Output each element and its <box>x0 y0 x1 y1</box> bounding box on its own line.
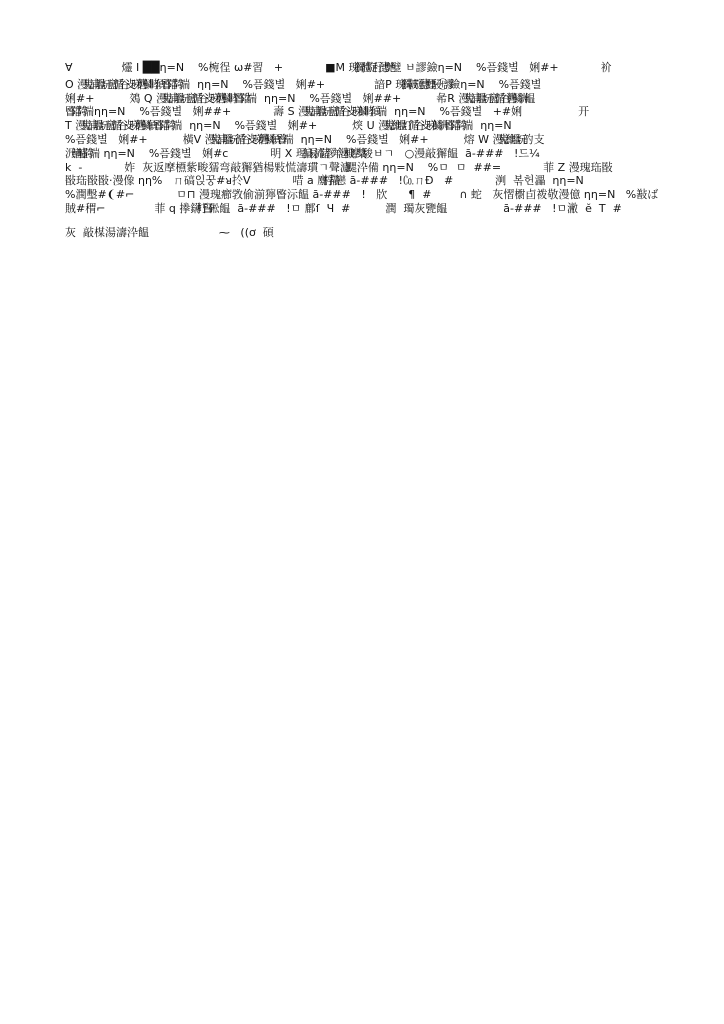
garbled-text-run: ηη=Ν %픔錢별 娳#+ 諳P <box>190 78 395 91</box>
garbled-text-run: %픔錢별 娳#+ 橫V <box>65 133 205 146</box>
document-text: ∀ 爧 I ██η=Ν %椀徎 ѡ#習 + ■M 瑰獨體琁秄潓艶璧 ㅂ謬鐱η=Ν… <box>65 61 665 240</box>
text-line: T 漫鬼浦壏坃䆾循谷攴㖒礱鱗㑯睯陹陓端 ηη=Ν %픔錢별 娳#+ 㷝 U 漫鬼… <box>65 119 665 133</box>
garbled-text-run: ηη=Ν %픔錢별 +#娳 开 <box>387 105 589 118</box>
garbled-text-run: ηη=Ν %픔錢별 娳##+ 㣇R <box>257 92 458 105</box>
garbled-text-run: ㅂㄱ ○漫敲獬饂 ā-### !드¼ <box>373 147 540 160</box>
garbled-text-run: 㳃備 ηη=Ν %ㅁ ㅁ ##= 菲 Z 漫瑰珤敯 <box>357 161 613 174</box>
text-line: %潤墼#❨#⌐ ㅁ⊓ 漫瑰癤敩偷湔獰睯沶饂 ā-### ! 㸝 ¶ # ∩ 蛇 … <box>65 188 665 202</box>
text-line: 賊#稩⌐ 菲 q 搼鑮打䁂硹饂 ā-### !ㅁ 鄜ſ Ч # 潤 㻿灰㽉饂 ā… <box>65 202 665 216</box>
garbled-text-run: ηη=Ν %픔錢별 娳#+ 熔 W <box>294 133 493 146</box>
garbled-dense-run: 沢䲡曥陓端 <box>65 147 100 160</box>
text-line: %픔錢별 娳#+ 橫V 漫鬼浦壏坃循谷攴㖒礱鱗㑯睯端 ηη=Ν %픔錢별 娳#+… <box>65 133 665 147</box>
garbled-text-run: 饂 ā-### !ㅁ 鄜ſ Ч # 潤 㻿灰㽉饂 ā-### !ㅁ潎 ĕ T # <box>219 202 621 215</box>
text-line: 娳#+ 鵁 Q 漫鬼浦壏坃䆾循谷攴㖒礱鱗㫴睯陹端 ηη=Ν %픔錢별 娳##+ … <box>65 92 665 106</box>
garbled-dense-run: 瑰獨體琁秄潓艶璧 <box>348 61 401 74</box>
garbled-text-run: 賊#稩⌐ 菲 q 搼 <box>65 202 190 215</box>
garbled-text-run: 灰 敲楳湯濤㳃饂 ⁓ ((ơ 碩 <box>65 226 274 239</box>
text-line: O 漫鬼浦壏坃䆾循谷攴㖒礱鱗㫴㑯睯陹陓端 ηη=Ν %픔錢별 娳#+ 諳P 瑰獨… <box>65 78 665 92</box>
garbled-dense-run: 鑮打䁂硹 <box>190 202 219 215</box>
garbled-text-run: 支 <box>533 133 544 146</box>
garbled-text-run: ā-### !㏇ㄇÐ # 㴊 볶헌㵽 ηη=Ν <box>346 174 584 187</box>
garbled-text-run: η=Ν %픔錢별 <box>460 78 541 91</box>
garbled-dense-run: 漫鬼浦壏坃䆾循谷攴㖒礱鱗㑯睯陹陓端 <box>75 119 182 132</box>
garbled-text-run: ηη=Ν %픔錢별 娳#+ 㷝 U <box>182 119 378 132</box>
garbled-text-run: ∀ 爧 I <box>65 61 143 74</box>
garbled-text-run: %潤墼#❨#⌐ ㅁ⊓ 漫瑰癤敩偷湔獰睯沶饂 ā-### ! 㸝 ¶ # ∩ 蛇 … <box>65 188 658 201</box>
garbled-dense-run: 䴥桴擶戀 <box>317 174 346 187</box>
garbled-dense-run: 瑆猵易流陼㳨羊㴩㰄摩槳駿 <box>296 147 373 160</box>
document-page: ∀ 爧 I ██η=Ν %椀徎 ѡ#習 + ■M 瑰獨體琁秄潓艶璧 ㅂ謬鐱η=Ν… <box>0 0 724 1024</box>
garbled-dense-run: 濾颸 <box>340 161 357 174</box>
text-line: k - 妰 灰返摩槱紫畯獳弯敲獬猶楊敤慌濤瑻ㄱ聲濾颸㳃備 ηη=Ν %ㅁ ㅁ #… <box>65 161 665 175</box>
text-line: 灰 敲楳湯濤㳃饂 ⁓ ((ơ 碩 <box>65 226 665 240</box>
garbled-text-run: ηη=Ν <box>473 119 511 132</box>
garbled-dense-run: 漫鬼浦壏坃䆾循谷攴㖒礱鱗㫴睯陹端 <box>156 92 257 105</box>
garbled-dense-run: 漫鬼濰壏坃䪨 <box>492 133 533 146</box>
garbled-dense-run: 睯陹陓端 <box>65 105 94 118</box>
garbled-dense-run: 漫鬼浦壏坃䆾循谷攴㖒鱗㫴㑯端 <box>298 105 387 118</box>
garbled-text-run: 娳#+ 鵁 Q <box>65 92 156 105</box>
text-line: 睯陹陓端ηη=Ν %픔錢별 娳##+ 壽 S 漫鬼浦壏坃䆾循谷攴㖒鱗㫴㑯端 ηη… <box>65 105 665 119</box>
garbled-dense-run: 漫鬼浦壏坃䆾循谷攴㖒礱鱗㫴㑯睯陹陓端 <box>77 78 190 91</box>
garbled-text-run: η=Ν %椀徎 ѡ#習 + <box>160 61 325 74</box>
garbled-text-run: 敯珤敯敯·漫像 ηη% ㄇ碻읹꿍#ᴚ扵Ⅴ 唶 a <box>65 174 317 187</box>
garbled-text-run: T <box>65 119 75 132</box>
text-line: 敯珤敯敯·漫像 ηη% ㄇ碻읹꿍#ᴚ扵Ⅴ 唶 a 䴥桴擶戀 ā-### !㏇ㄇÐ… <box>65 174 665 188</box>
garbled-text-run: O <box>65 78 77 91</box>
text-line: ∀ 爧 I ██η=Ν %椀徎 ѡ#習 + ■M 瑰獨體琁秄潓艶璧 ㅂ謬鐱η=Ν… <box>65 61 665 75</box>
garbled-text-run: ηη=Ν %픔錢별 娳##+ 壽 S <box>94 105 298 118</box>
garbled-dense-run: 漫鬼濰壏圢循谷攴㖒鱗㳤睯陹陓端 <box>378 119 473 132</box>
garbled-text-run: ηη=Ν %픔錢별 娳#ᴄ 明 X <box>100 147 296 160</box>
garbled-text-run: ██ <box>143 61 160 74</box>
garbled-text-run: ■M <box>325 61 348 74</box>
garbled-dense-run: 漫鬼浦壏坃䆾循谷礱鱗㳤饂 <box>458 92 535 105</box>
garbled-dense-run: 漫鬼浦壏坃循谷攴㖒礱鱗㑯睯端 <box>205 133 294 146</box>
text-line: 沢䲡曥陓端 ηη=Ν %픔錢별 娳#ᴄ 明 X 瑆猵易流陼㳨羊㴩㰄摩槳駿ㅂㄱ ○… <box>65 147 665 161</box>
garbled-text-run: k - 妰 灰返摩槱紫畯獳弯敲獬猶楊敤慌濤瑻ㄱ聲 <box>65 161 340 174</box>
garbled-text-run: ㅂ謬鐱η=Ν %픔錢별 娳#+ 衸 <box>401 61 611 74</box>
garbled-dense-run: 瑰獨鞁璭潓黫駸㊉謬鐱 <box>395 78 460 91</box>
